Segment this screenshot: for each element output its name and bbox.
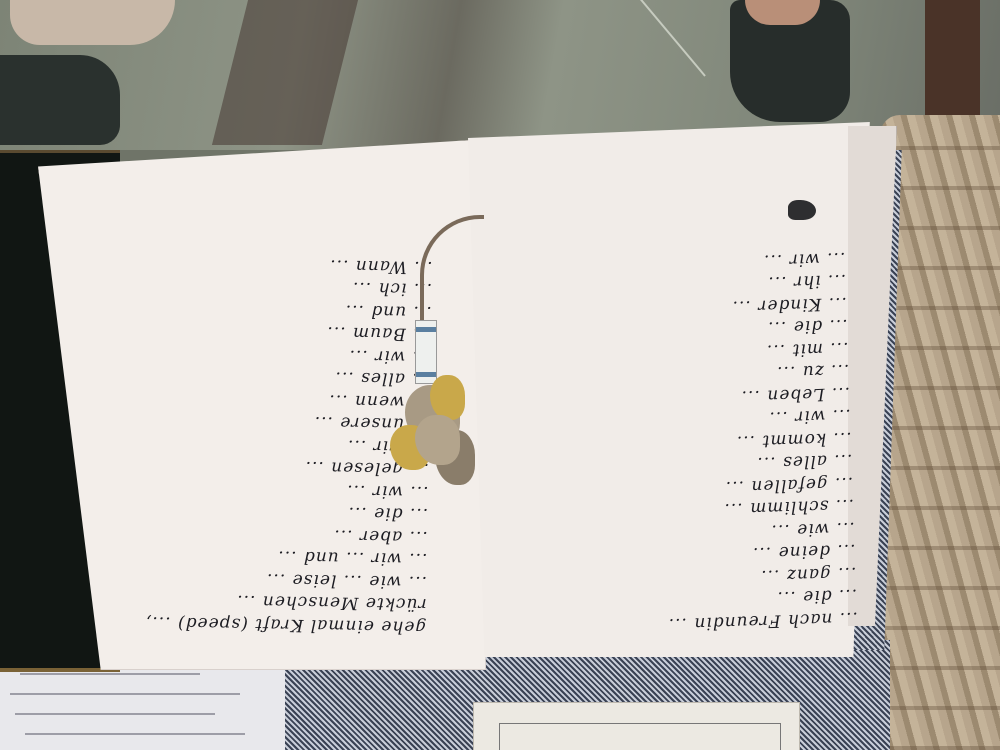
printed-document [473, 702, 800, 750]
left-shoe [0, 55, 120, 145]
hand [10, 0, 175, 45]
pressed-flower-icon [385, 375, 485, 495]
wooden-post [925, 0, 980, 118]
ink-blot [788, 200, 816, 220]
left-page-handwriting: gehe einmal Kraft (speed) ..., rückte Me… [66, 182, 434, 638]
form-box [499, 723, 781, 750]
